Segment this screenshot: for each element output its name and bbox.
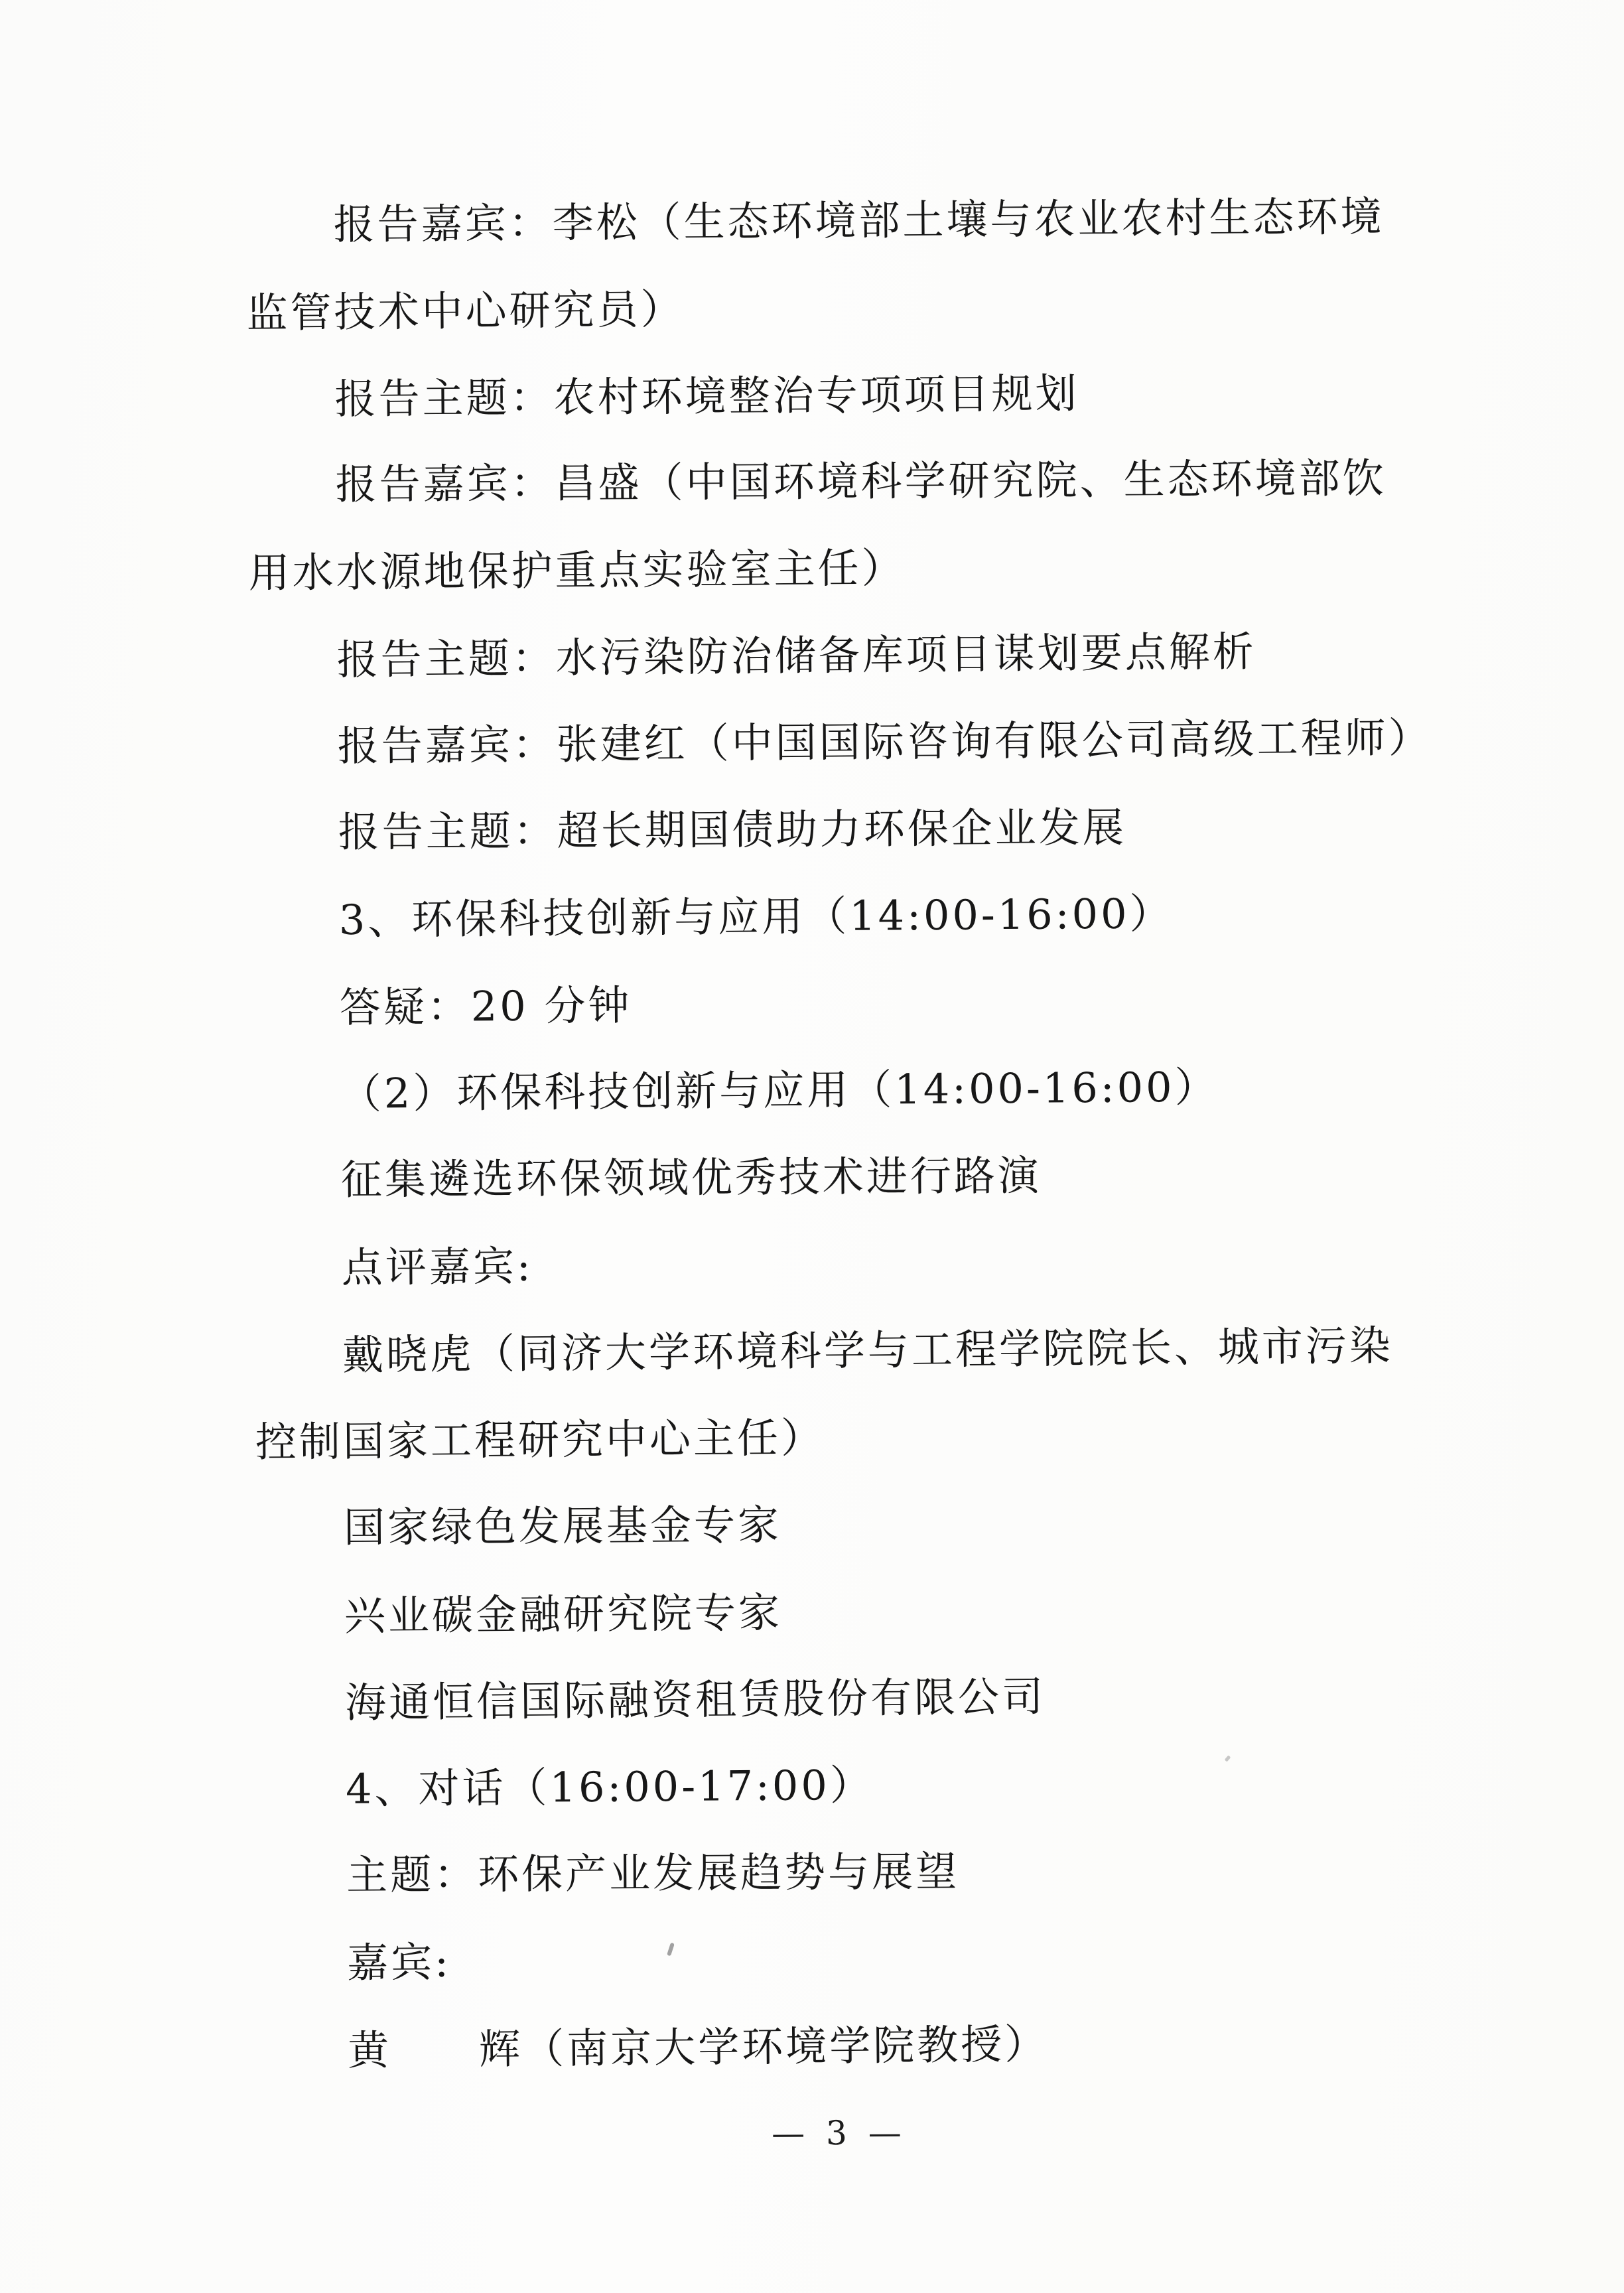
document-line: 报告嘉宾：昌盛（中国环境科学研究院、生态环境部饮 (247, 435, 1436, 529)
page-number: — 3 — (245, 2111, 1433, 2155)
document-line: 征集遴选环保领域优秀技术进行路演 (253, 1129, 1441, 1223)
document-page: 报告嘉宾：李松（生态环境部土壤与农业农村生态环境监管技术中心研究员）报告主题：农… (0, 0, 1624, 2293)
document-line: 嘉宾: (259, 1911, 1448, 2007)
document-line: （2）环保科技创新与应用（14:00-16:00） (252, 1042, 1440, 1138)
document-line: 海通恒信国际融资租赁股份有限公司 (257, 1649, 1445, 1748)
document-line: 用水水源地保护重点实验室主任） (248, 520, 1436, 616)
document-body: 报告嘉宾：李松（生态环境部土壤与农业农村生态环境监管技术中心研究员）报告主题：农… (245, 173, 1448, 2094)
document-line: 报告主题：水污染防治储备库项目谋划要点解析 (249, 606, 1437, 705)
document-line: 4、对话（16:00-17:00） (258, 1737, 1446, 1833)
document-line: 报告主题：超长期国债助力环保企业发展 (250, 782, 1438, 876)
document-line: 报告嘉宾：张建红（中国国际咨询有限公司高级工程师） (249, 694, 1438, 790)
document-line: 3、环保科技创新与应用（14:00-16:00） (251, 868, 1439, 964)
document-line: 主题：环保产业发展趋势与展望 (259, 1825, 1447, 1919)
document-line: 点评嘉宾: (253, 1216, 1442, 1312)
document-line: 报告主题：农村环境整治专项项目规划 (247, 347, 1435, 443)
document-line: 兴业碳金融研究院专家 (256, 1564, 1444, 1660)
document-line: 报告嘉宾：李松（生态环境部土壤与农业农村生态环境 (245, 173, 1434, 269)
document-line: 戴晓虎（同济大学环境科学与工程学院院长、城市污染 (254, 1302, 1442, 1400)
document-line: 黄 辉（南京大学环境学院教授） (260, 1997, 1448, 2095)
document-line: 控制国家工程研究中心主任） (255, 1389, 1443, 1486)
document-line: 答疑：20 分钟 (251, 955, 1440, 1052)
document-line: 监管技术中心研究员） (246, 259, 1434, 357)
document-line: 国家绿色发展基金专家 (256, 1477, 1444, 1571)
